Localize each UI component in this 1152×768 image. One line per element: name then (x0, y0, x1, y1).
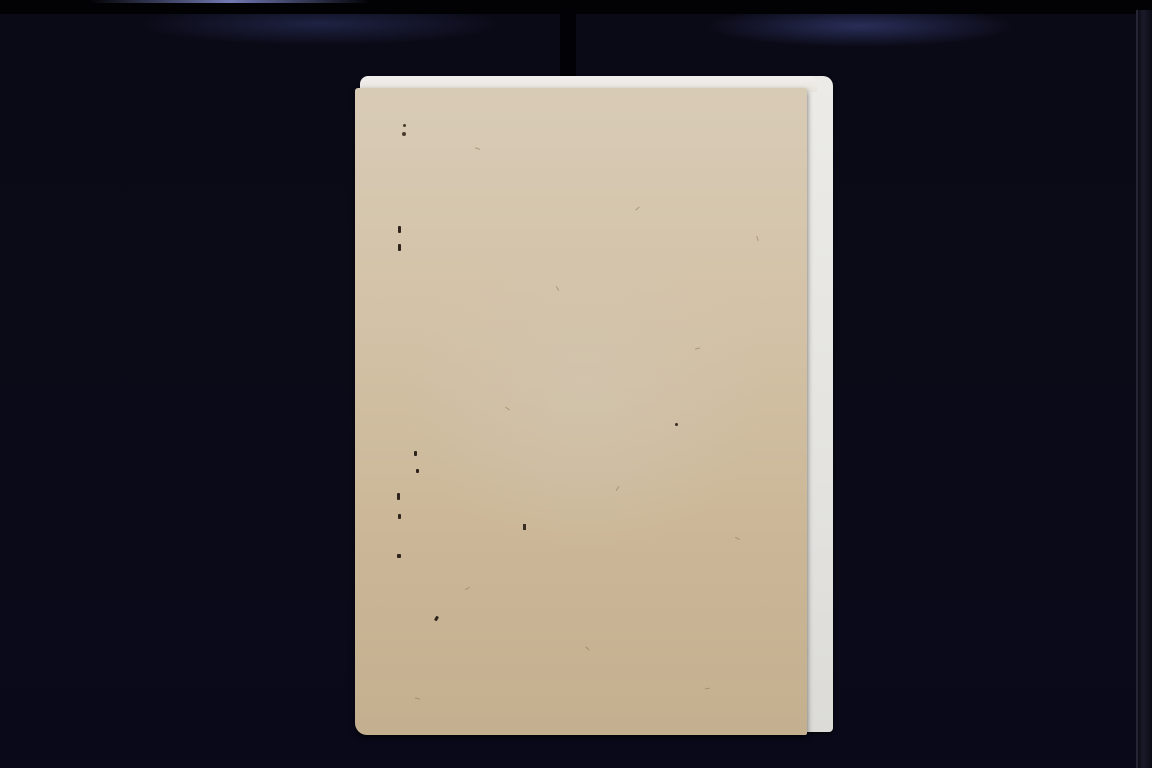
paper-fiber (635, 207, 639, 211)
paper-fiber (616, 486, 620, 491)
binding-hole (398, 244, 401, 251)
paper-fiber (585, 646, 589, 650)
paper-fiber (735, 537, 740, 540)
paper-cover (355, 88, 807, 735)
binding-mark (403, 124, 406, 127)
binding-hole (414, 451, 417, 456)
paper-speck (523, 524, 526, 530)
paper-fiber (475, 147, 480, 150)
photo-scene (0, 0, 1152, 768)
paper-fiber (695, 347, 700, 349)
binding-hole (416, 469, 419, 473)
paper-fiber (556, 286, 559, 291)
binding-hole (397, 493, 400, 500)
binding-hole (434, 616, 439, 622)
background-seam (560, 10, 576, 80)
paper-fiber (415, 697, 420, 699)
binding-mark (402, 132, 406, 136)
paper-fiber (465, 587, 470, 590)
binding-hole (398, 226, 401, 233)
binding-hole (397, 554, 401, 558)
paper-fiber (705, 688, 710, 690)
right-frame-edge (1138, 10, 1152, 768)
binding-hole (398, 514, 401, 519)
light-reflection (90, 0, 370, 3)
paper-speck (675, 423, 678, 426)
paper-fiber (505, 407, 510, 411)
paper-fiber (756, 236, 759, 241)
